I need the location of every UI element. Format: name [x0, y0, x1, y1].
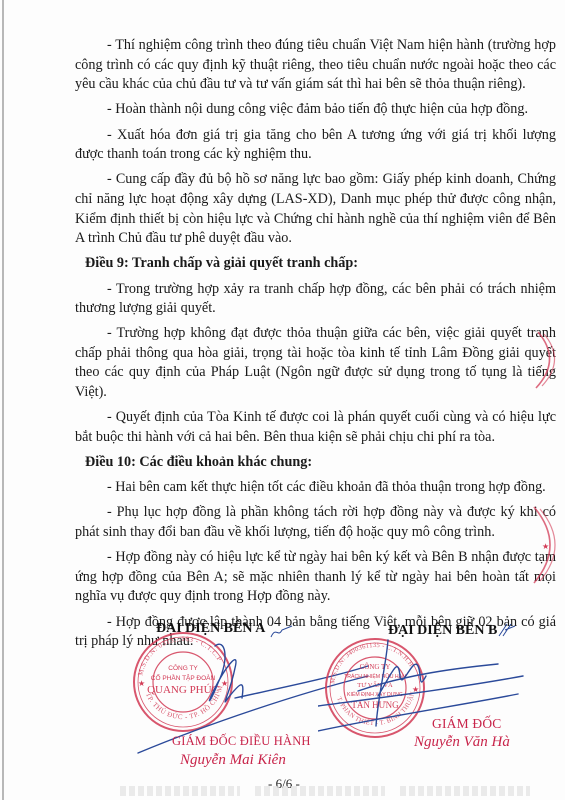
party-b-role: GIÁM ĐỐC: [432, 716, 501, 732]
bleed-through-text: [255, 786, 385, 796]
bleed-through-text: [400, 786, 530, 796]
document-page: - Thí nghiệm công trình theo đúng tiêu c…: [0, 0, 565, 800]
party-a-role: GIÁM ĐỐC ĐIỀU HÀNH: [172, 734, 311, 749]
initial-mark-a-icon: [268, 624, 294, 640]
signature-section: ĐẠI DIỆN BÊN A M.S.D.N: 0313...163 - C.T…: [0, 0, 565, 800]
bleed-through-text: [120, 786, 240, 796]
party-a-signer-name: Nguyễn Mai Kiên: [180, 752, 286, 769]
party-b-signer-name: Nguyễn Văn Hà: [414, 734, 510, 751]
